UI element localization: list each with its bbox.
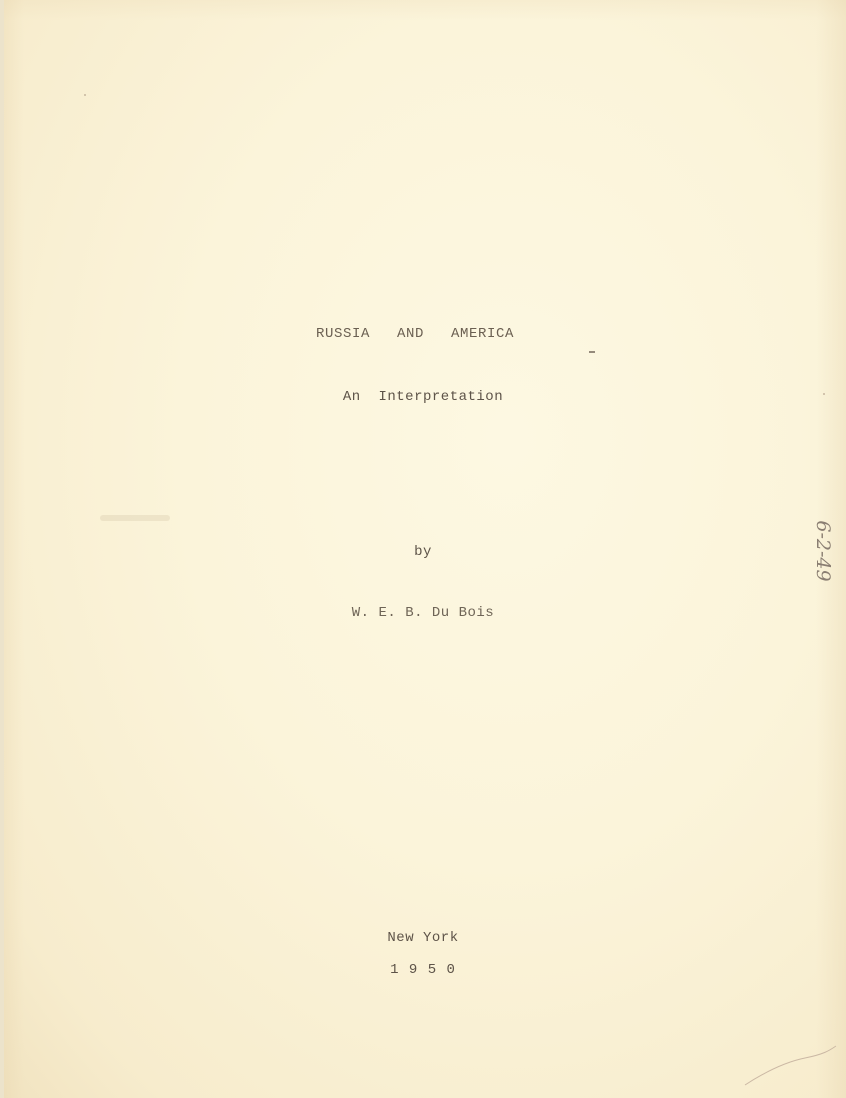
document-page: RUSSIA AND AMERICA An Interpretation by …: [0, 0, 846, 1098]
handwritten-date-note: 6-2-49: [812, 511, 834, 591]
ink-speck: [589, 351, 595, 353]
publication-place: New York: [0, 930, 846, 946]
paper-speck: [84, 94, 86, 96]
pencil-stroke-mark: [740, 1040, 840, 1090]
byline-label: by: [0, 544, 846, 560]
document-title: RUSSIA AND AMERICA: [0, 326, 838, 342]
paper-smudge: [100, 515, 170, 521]
document-subtitle: An Interpretation: [0, 389, 846, 405]
publication-year: 1 9 5 0: [0, 962, 846, 978]
author-name: W. E. B. Du Bois: [0, 605, 846, 621]
